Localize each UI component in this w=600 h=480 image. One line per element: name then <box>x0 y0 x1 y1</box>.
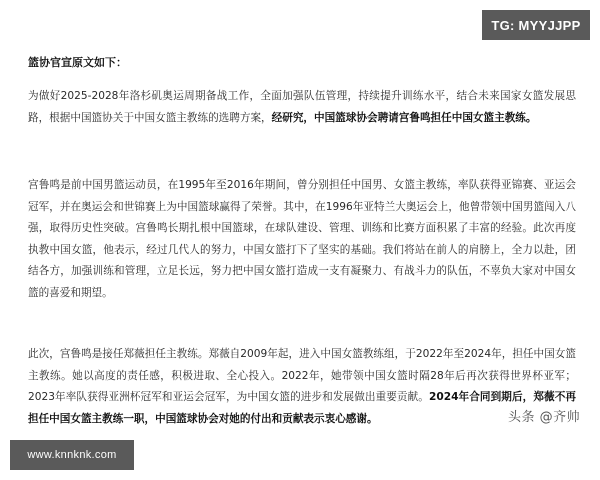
source-watermark: 头条 @齐帅 <box>508 406 580 425</box>
paragraph-coach-bio: 宫鲁鸣是前中国男篮运动员，在1995年至2016年期间，曾分别担任中国男、女篮主… <box>28 175 576 305</box>
paragraph-text: 宫鲁鸣是前中国男篮运动员，在1995年至2016年期间，曾分别担任中国男、女篮主… <box>28 179 576 299</box>
paragraph-appointment: 为做好2025-2028年洛杉矶奥运周期备战工作，全面加强队伍管理，持续提升训练… <box>28 86 576 129</box>
website-badge: www.knnknk.com <box>10 440 134 470</box>
paragraph-bold-text: 经研究，中国篮球协会聘请宫鲁鸣担任中国女篮主教练。 <box>272 112 537 124</box>
announcement-heading: 篮协官宣原文如下： <box>28 54 127 70</box>
tg-handle-badge: TG: MYYJJPP <box>482 10 590 40</box>
paragraph-predecessor: 此次，宫鲁鸣是接任郑薇担任主教练。郑薇自2009年起，进入中国女篮教练组，于20… <box>28 344 576 430</box>
